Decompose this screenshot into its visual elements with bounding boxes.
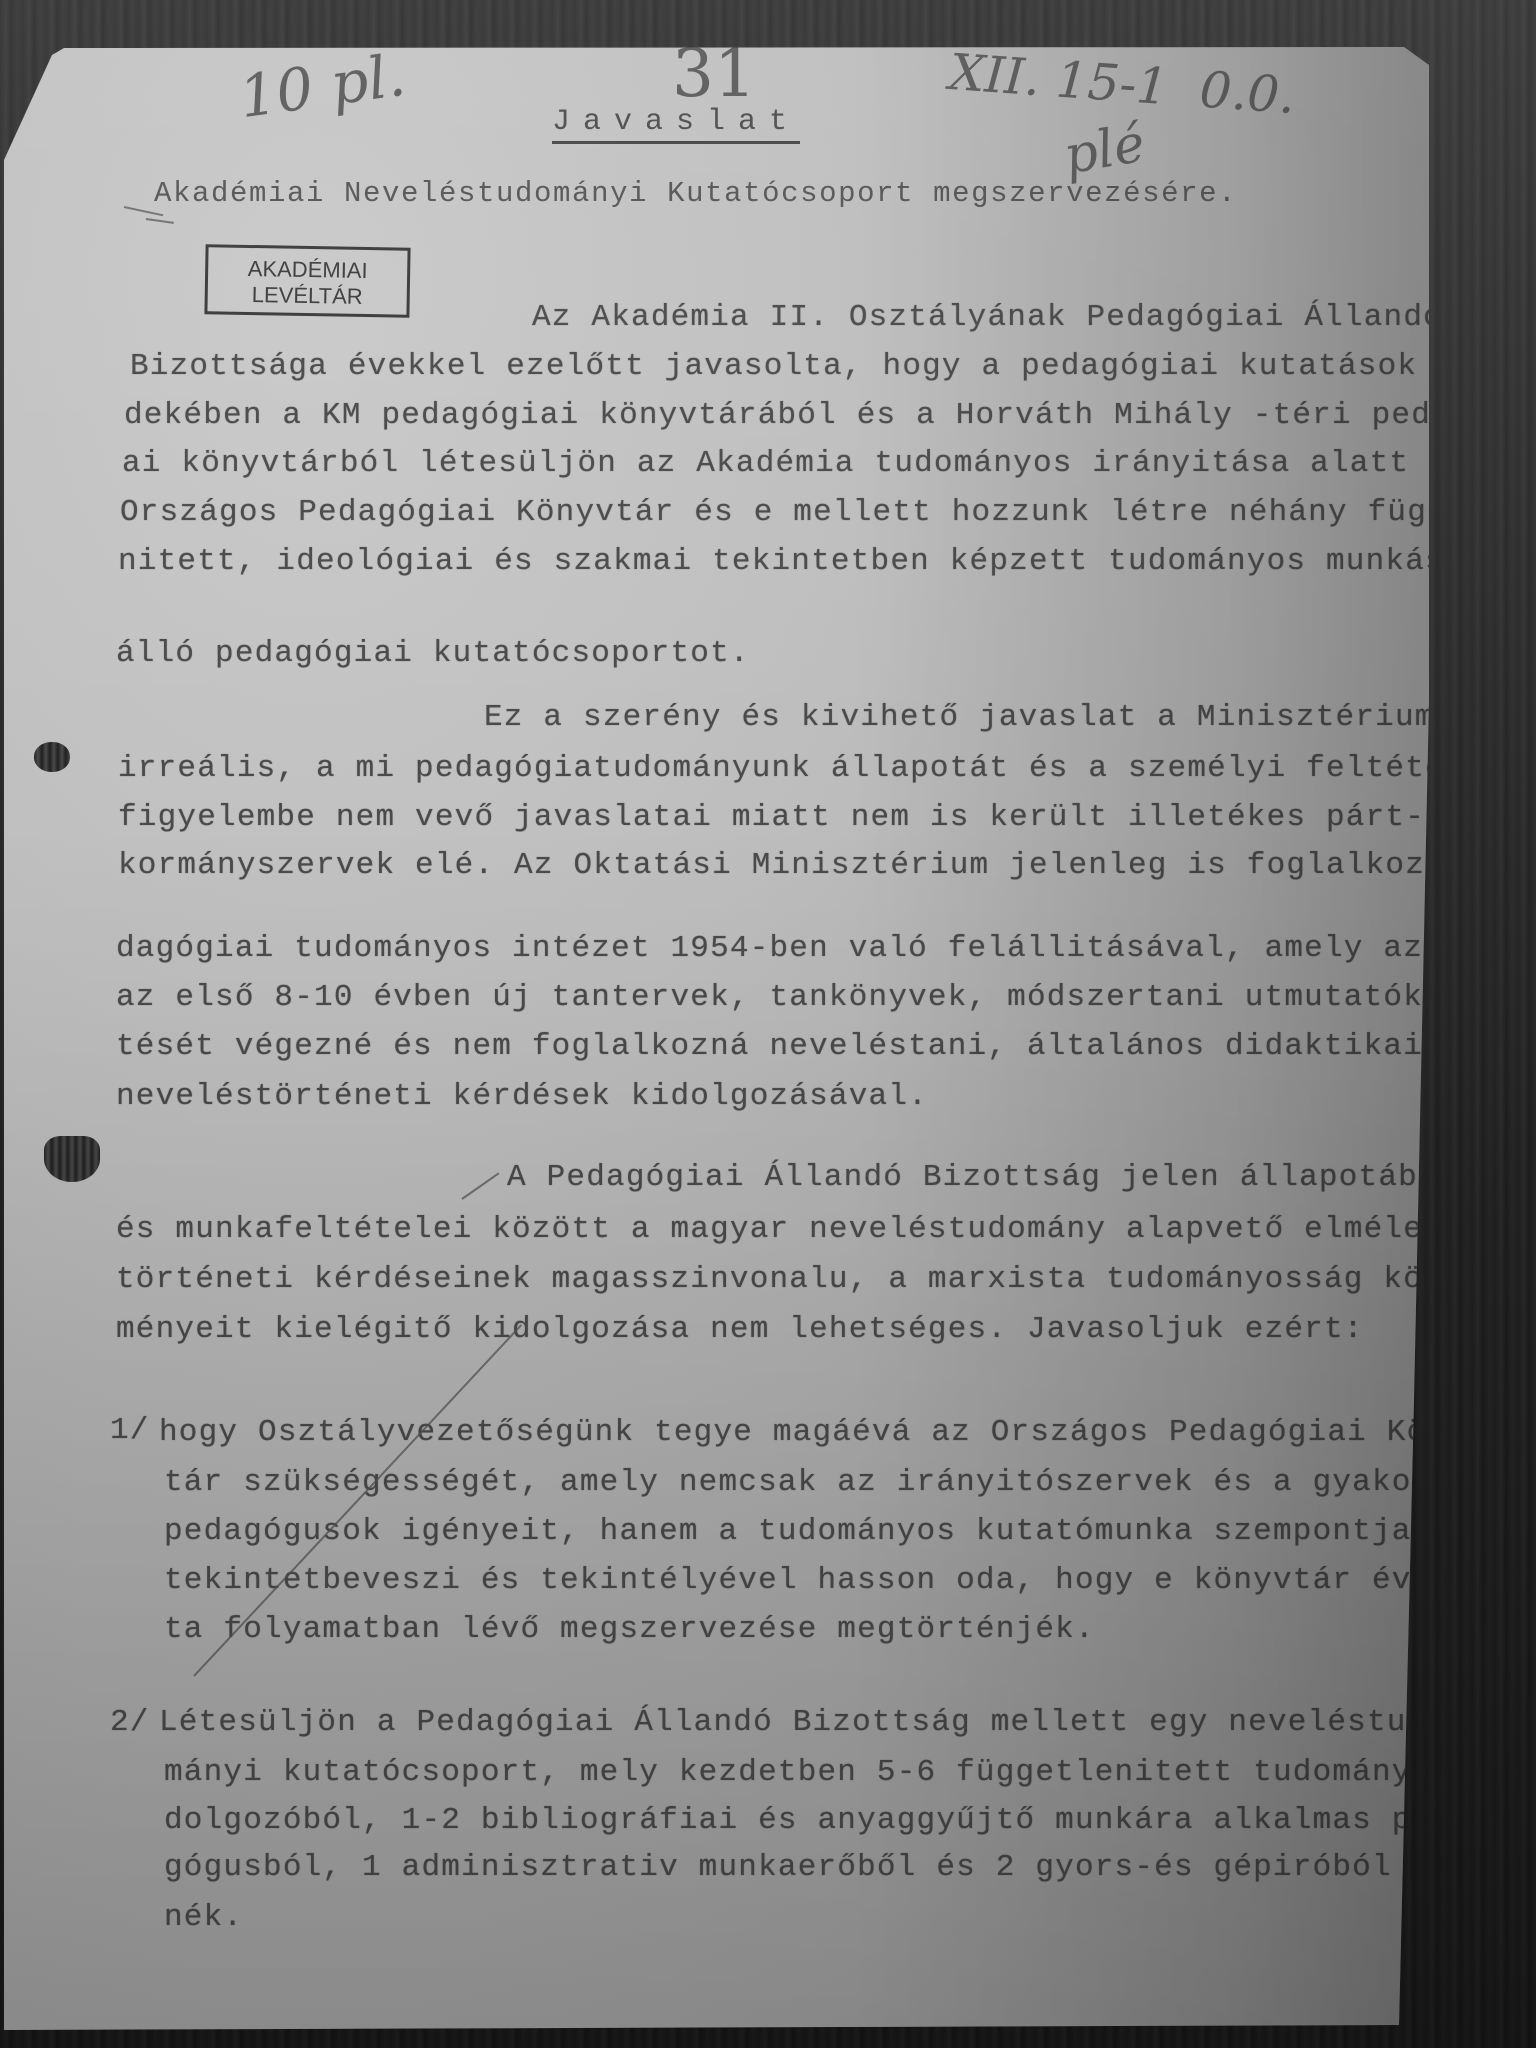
pencil-slash-mark: [461, 1172, 499, 1199]
pencil-dash-mark: [124, 206, 164, 216]
text-line: ta folyamatban lévő megszervezése megtör…: [164, 1612, 1095, 1647]
text-line: ai könyvtárból létesüljön az Akadémia tu…: [122, 446, 1508, 481]
text-line: álló pedagógiai kutatócsoportot.: [116, 636, 750, 671]
pencil-strike-diagonal: [193, 1324, 522, 1676]
text-line: történeti kérdéseinek magasszinvonalu, a…: [116, 1262, 1536, 1297]
text-line: gógusból, 1 adminisztrativ munkaerőből é…: [164, 1850, 1511, 1885]
text-line: figyelembe nem vevő javaslatai miatt nem…: [118, 800, 1484, 835]
document-title: Javaslat: [552, 105, 800, 144]
handwritten-date-note: XII. 15-1 0.0.: [947, 43, 1297, 125]
pencil-dash-mark: [146, 218, 174, 224]
text-line: pedagógusok igényeit, hanem a tudományos…: [164, 1514, 1511, 1549]
text-line: mányi kutatócsoport, mely kezdetben 5-6 …: [164, 1755, 1451, 1790]
text-line: dolgozóból, 1-2 bibliográfiai és anyaggy…: [164, 1803, 1491, 1838]
text-line: Ez a szerény és kivihető javaslat a Mini…: [484, 700, 1435, 735]
list-marker: 1/: [110, 1413, 150, 1448]
text-line: az első 8-10 évben új tantervek, tanköny…: [116, 980, 1536, 1015]
document-page: 10 pl. 31 XII. 15-1 0.0. plé Javaslat Ak…: [4, 0, 1536, 2048]
text-line: tár szükségességét, amely nemcsak az irá…: [164, 1465, 1471, 1500]
text-line: kormányszervek elé. Az Oktatási Miniszté…: [118, 848, 1536, 883]
stamp-line-2: LEVÉLTÁR: [208, 281, 407, 310]
text-line: ményeit kielégitő kidolgozása nem lehets…: [116, 1312, 1364, 1347]
text-line: neveléstörténeti kérdések kidolgozásával…: [116, 1079, 928, 1114]
text-line: irreális, a mi pedagógiatudományunk álla…: [118, 751, 1536, 786]
text-line: nitett, ideológiai és szakmai tekintetbe…: [118, 544, 1504, 579]
handwritten-copies-note: 10 pl.: [235, 41, 409, 131]
archive-stamp: AKADÉMIAI LEVÉLTÁR: [204, 244, 410, 318]
document-subtitle: Akadémiai Neveléstudományi Kutatócsoport…: [154, 177, 1237, 210]
stamp-line-1: AKADÉMIAI: [208, 255, 407, 284]
text-line: nék.: [164, 1900, 243, 1935]
text-line: dagógiai tudományos intézet 1954-ben val…: [116, 931, 1522, 966]
text-line: tését végezné és nem foglalkozná nevelés…: [116, 1029, 1482, 1064]
text-line: hogy Osztályvezetőségünk tegye magáévá a…: [159, 1415, 1486, 1450]
text-line: Országos Pedagógiai Könyvtár és e mellet…: [120, 495, 1536, 530]
punch-hole: [44, 1136, 100, 1182]
punch-hole: [34, 742, 70, 772]
text-line: Bizottsága évekkel ezelőtt javasolta, ho…: [130, 349, 1496, 384]
text-line: Az Akadémia II. Osztályának Pedagógiai Á…: [532, 300, 1443, 335]
list-marker: 2/: [110, 1705, 150, 1740]
text-line: A Pedagógiai Állandó Bizottság jelen áll…: [507, 1160, 1458, 1195]
text-line: tekintetbeveszi és tekintélyével hasson …: [164, 1563, 1511, 1598]
handwritten-initials: plé: [1059, 113, 1149, 186]
handwritten-page-number: 31: [672, 35, 756, 112]
text-line: Létesüljön a Pedagógiai Állandó Bizottsá…: [159, 1705, 1466, 1740]
text-line: dekében a KM pedagógiai könyvtárából és …: [124, 398, 1536, 433]
text-line: és munkafeltételei között a magyar nevel…: [116, 1212, 1522, 1247]
